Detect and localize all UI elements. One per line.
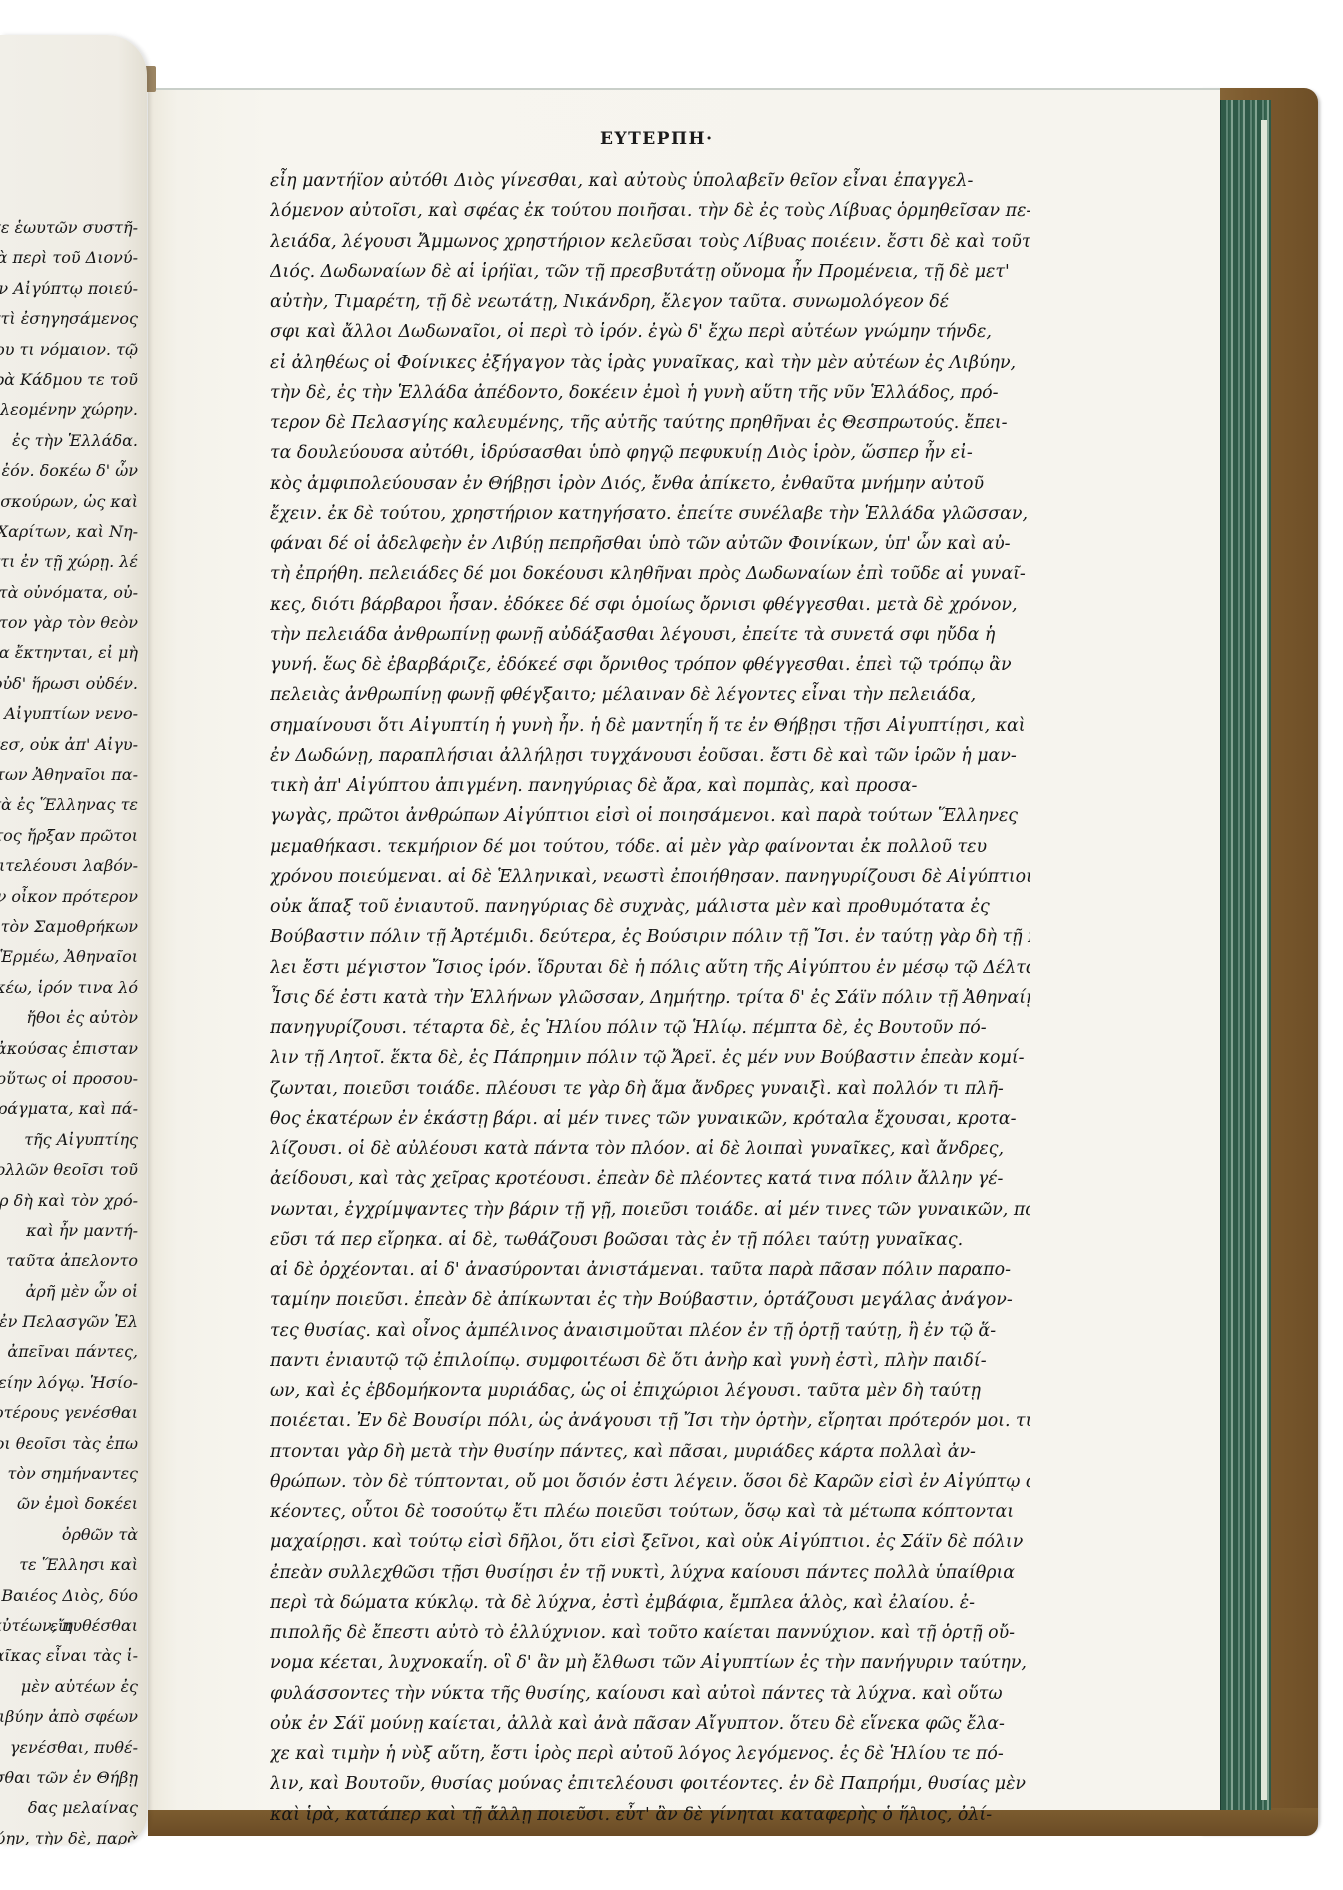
text-line: τικὴ ἀπ' Αἰγύπτου ἀπιγμένη. πανηγύριας δ…	[270, 771, 1030, 801]
text-line: ντος ἤρξαν πρῶτοι	[0, 821, 138, 851]
text-line-content: οὕτως οἱ προσου-	[0, 1069, 138, 1088]
text-line: οὕτως οἱ προσου-	[0, 1064, 138, 1094]
text-line: ὀρθῶν τὰ	[0, 1520, 138, 1550]
text-line-content: οὗτοι θεοῖσι τὰς ἐπω	[0, 1434, 138, 1453]
text-line-content: ῶν ἐμοὶ δοκέει	[17, 1494, 138, 1513]
text-line: Λιβύην ἀπὸ σφέων	[0, 1702, 138, 1732]
text-line: περὶ τὰ δώματα κύκλῳ. τὰ δὲ λύχνα, ἐστὶ …	[270, 1588, 1030, 1618]
text-line: πολλῶν θεοῖσι τοῦ	[0, 1155, 138, 1185]
text-line: ῶν ἐμοὶ δοκέει	[0, 1489, 138, 1519]
text-line: θρώπων. τὸν δὲ τύπτονται, οὔ μοι ὅσιόν ἐ…	[270, 1467, 1030, 1497]
text-line: ἤθοι ἐς αὐτὸν	[0, 1003, 138, 1033]
text-line: καλεομένην χώρην.	[0, 395, 138, 425]
text-line: ἐν Πελασγῶν Ἐλ	[0, 1307, 138, 1337]
text-line-content: πράγματα, καὶ πά-	[0, 1099, 138, 1118]
text-line: σημαίνουσι ὅτι Αἰγυπτίη ἡ γυνὴ ἦν. ἡ δὲ …	[270, 711, 1030, 741]
text-line-content: τὰ ἐς Ἕλληνας τε	[0, 795, 138, 814]
text-line-content: ἐσκέω, ἱρόν τινα λό	[0, 978, 138, 997]
text-line: τα δουλεύουσα αὐτόθι, ἱδρύσασθαι ὑπὸ φηγ…	[270, 438, 1030, 468]
text-line: πανηγυρίζουσι. τέταρτα δὲ, ἐς Ἡλίου πόλι…	[270, 1013, 1030, 1043]
text-line: τῆς Αἰγυπτίης	[0, 1125, 138, 1155]
text-line: θος ἑκατέρων ἐν ἑκάστῃ βάρι. αἱ μέν τινε…	[270, 1104, 1030, 1134]
text-line: λόμενον αὐτοῖσι, καὶ σφέας ἐκ τούτου ποι…	[270, 196, 1030, 226]
text-line: τὴν δὲ, ἐς τὴν Ἑλλάδα ἀπέδοντο, δοκέειν …	[270, 378, 1030, 408]
text-line: λείην λόγῳ. Ἡσίο-	[0, 1368, 138, 1398]
running-head: ΕΥΤΕΡΠΗ·	[600, 129, 714, 149]
text-line-content: δας μελαίνας	[28, 1798, 138, 1817]
text-line: κὸς ἀμφιπολεύουσαν ἐν Θήβῃσι ἱρὸν Διός, …	[270, 469, 1030, 499]
text-line-content: τὰ οὐνόματα, οὐ-	[0, 583, 138, 602]
text-line: ποιέεται. Ἐν δὲ Βουσίρι πόλι, ὡς ἀνάγουσ…	[270, 1406, 1030, 1436]
text-line-content: ἀρῆ μὲν ὦν οἱ	[26, 1282, 138, 1301]
text-line: σαι, καὶ τὰ περὶ τοῦ Διονύ-	[0, 243, 138, 273]
text-line-content: τῆς Αἰγυπτίης	[24, 1130, 138, 1149]
text-line: πικήν τε ἑωυτῶν συστῆ-	[0, 213, 138, 243]
text-line: σφι καὶ ἄλλοι Δωδωναῖοι, οἱ περὶ τὸ ἱρόν…	[270, 317, 1030, 347]
text-line: οὐκ ἐν Σάϊ μούνῃ καίεται, ἀλλὰ καὶ ἀνὰ π…	[270, 1709, 1030, 1739]
text-line-content: σου ἐν Αἰγύπτῳ ποιεύ-	[0, 279, 138, 298]
text-line-content: τοῦτον γὰρ τὸν θεὸν	[0, 613, 138, 632]
text-line: γυνή. ἕως δὲ ἐβαρβάριζε, ἐδόκεέ σφι ὄρνι…	[270, 650, 1030, 680]
text-line: κέοντες, οὗτοι δὲ τοσούτῳ ἔτι πλέω ποιεῦ…	[270, 1497, 1030, 1527]
text-line-content: ἤθοι ἐς αὐτὸν	[26, 1008, 138, 1027]
text-line: ἐσκέω, ἱρόν τινα λό	[0, 973, 138, 1003]
text-line-content: παρὰ Κάδμου τε τοῦ	[0, 370, 138, 389]
text-line: παντι ἐνιαυτῷ τῷ ἐπιλοίπῳ. συμφοιτέωσι δ…	[270, 1346, 1030, 1376]
text-line-content: Λιβύην ἀπὸ σφέων	[0, 1707, 138, 1726]
text-line: Βούβαστιν πόλιν τῇ Ἀρτέμιδι. δεύτερα, ἐς…	[270, 922, 1030, 952]
text-line-content: ἐόν. δοκέω δ' ὦν	[2, 461, 138, 480]
text-line: τες θυσίας. καὶ οἶνος ἀμπέλινος ἀναισιμο…	[270, 1316, 1030, 1346]
text-line: οὐκ ἅπαξ τοῦ ἐνιαυτοῦ. πανηγύριας δὲ συχ…	[270, 892, 1030, 922]
text-line: λιν, καὶ Βουτοῦν, θυσίας μούνας ἐπιτελέο…	[270, 1769, 1030, 1799]
text-line-content: ναῖκας εἶναι τὰς ἱ-	[0, 1646, 138, 1665]
text-line-content: Ἑρμέω, Ἀθηναῖοι	[0, 947, 138, 966]
text-line: ναῖκας εἶναι τὰς ἱ-	[0, 1641, 138, 1671]
text-line-content: λείην λόγῳ. Ἡσίο-	[0, 1373, 138, 1392]
text-line: Ἑρμέω, Ἀθηναῖοι	[0, 942, 138, 972]
text-line: μα ἔκτηνται, εἰ μὴ	[0, 638, 138, 668]
text-line-content: καλεομένην χώρην.	[0, 400, 138, 419]
text-line: σθαι τῶν ἐν Θήβῃ	[0, 1763, 138, 1793]
text-line: τὸν σημήναντες	[0, 1459, 138, 1489]
left-page-text: πικήν τε ἑωυτῶν συστῆ-σαι, καὶ τὰ περὶ τ…	[0, 213, 138, 1845]
text-line: λει ἔστι μέγιστον Ἴσιος ἱρόν. ἵδρυται δὲ…	[270, 953, 1030, 983]
text-line: ων, καὶ ἐς ἑβδομήκοντα μυριάδας, ὡς οἱ ἐ…	[270, 1376, 1030, 1406]
text-line: ταμίην ποιεῦσι. ἐπεὰν δὲ ἀπίκωνται ἐς τὴ…	[270, 1285, 1030, 1315]
text-line: πελειὰς ἀνθρωπίνῃ φωνῇ φθέγξαιτο; μέλαιν…	[270, 680, 1030, 710]
text-line: τὰ ἐς Ἕλληνας τε	[0, 790, 138, 820]
text-line-content: μα ἔκτηνται, εἰ μὴ	[0, 643, 138, 662]
text-line: σου ἐν Αἰγύπτῳ ποιεύ-	[0, 274, 138, 304]
text-line-content: Λιβύην, τὴν δὲ, παρὰ	[0, 1829, 138, 1845]
text-line: αὐτὴν, Τιμαρέτη, τῇ δὲ νεωτάτῃ, Νικάνδρη…	[270, 287, 1030, 317]
text-line: νομα κέεται, λυχνοκαΐη. οἳ δ' ἂν μὴ ἔλθω…	[270, 1648, 1030, 1678]
text-line: μὲν αὐτέων ἐς	[0, 1672, 138, 1702]
text-line-content: Χαρίτων, καὶ Νη-	[0, 522, 138, 541]
text-line: Χαρίτων, καὶ Νη-	[0, 517, 138, 547]
catchword: εἴη	[50, 1617, 73, 1635]
right-page-text: εἶη μαντήϊον αὐτόθι Διὸς γίνεσθαι, καὶ α…	[270, 166, 1030, 1830]
text-line: ἀπεῖναι πάντες,	[0, 1337, 138, 1367]
text-line: πεσ, οὐκ ἀπ' Αἰγυ-	[0, 730, 138, 760]
text-line: πτονται γὰρ δὴ μετὰ τὴν θυσίην πάντες, κ…	[270, 1437, 1030, 1467]
text-line: ταῦτα ἀπελοντο	[0, 1246, 138, 1276]
text-line-content: ἀκούσας ἐπισταν	[0, 1039, 138, 1058]
text-line: ζωνται, ποιεῦσι τοιάδε. πλέουσι τε γὰρ δ…	[270, 1074, 1030, 1104]
text-line: πιπολῆς δὲ ἔπεστι αὐτὸ τὸ ἐλλύχνιον. καὶ…	[270, 1618, 1030, 1648]
text-line: οὐδ' ἥρωσι οὐδέν.	[0, 669, 138, 699]
text-line-content: τὸν σημήναντες	[8, 1464, 138, 1483]
text-line-content: σαι, καὶ τὰ περὶ τοῦ Διονύ-	[0, 248, 138, 267]
text-line: φάναι δέ οἱ ἀδελφεὴν ἐν Λιβύῃ πεπρῆσθαι …	[270, 529, 1030, 559]
text-line-content: καὶ ἦν μαντή-	[26, 1221, 138, 1240]
text-line-content: πικήν τε ἑωυτῶν συστῆ-	[0, 218, 138, 237]
text-line: τερον δὲ Πελασγίης καλευμένης, τῆς αὐτῆς…	[270, 408, 1030, 438]
text-line-content: γενέσθαι, πυθέ-	[10, 1738, 138, 1757]
text-line-content: μὲν αὐτέων ἐς	[21, 1677, 138, 1696]
text-line: γενέσθαι, πυθέ-	[0, 1733, 138, 1763]
text-line-content: γὰρ δὴ καὶ τὸν χρό-	[0, 1191, 138, 1210]
text-line: εῦσι τά περ εἴρηκα. αἱ δὲ, τωθάζουσι βοῶ…	[270, 1225, 1030, 1255]
text-line: Λιβύην, τὴν δὲ, παρὰ	[0, 1824, 138, 1845]
text-line: νωνται, ἐγχρίμψαντες τὴν βάριν τῇ γῇ, πο…	[270, 1195, 1030, 1225]
text-line-content: τε Ἕλλησι καὶ	[19, 1555, 138, 1574]
text-line-content: προτέρους γενέσθαι	[0, 1403, 138, 1422]
text-line-content: πολλῶν θεοῖσι τοῦ	[0, 1160, 138, 1179]
text-line-content: δόκου τι νόμαιον. τῷ	[0, 340, 138, 359]
text-line: ἀρῆ μὲν ὦν οἱ	[0, 1277, 138, 1307]
left-page: πικήν τε ἑωυτῶν συστῆ-σαι, καὶ τὰ περὶ τ…	[0, 35, 147, 1845]
text-line: Διός. Δωδωναίων δὲ αἱ ἱρήϊαι, τῶν τῇ πρε…	[270, 257, 1030, 287]
text-line: τὴ ἐπρήθη. πελειάδες δέ μοι δοκέουσι κλη…	[270, 559, 1030, 589]
text-line: μενα νεωστὶ ἐσηγησάμενος	[0, 304, 138, 334]
text-line: γωγὰς, πρῶτοι ἀνθρώπων Αἰγύπτιοι εἰσὶ οἱ…	[270, 801, 1030, 831]
text-line: ἐόν. δοκέω δ' ὦν	[0, 456, 138, 486]
text-line-content: σθαι τῶν ἐν Θήβῃ	[0, 1768, 138, 1787]
text-line-content: ὀρθῶν τὰ	[62, 1525, 138, 1544]
text-line: πράγματα, καὶ πά-	[0, 1094, 138, 1124]
text-line: Διοσκούρων, ὡς καὶ	[0, 487, 138, 517]
text-line: καὶ ἦν μαντή-	[0, 1216, 138, 1246]
text-line: Ἶσις δέ ἐστι κατὰ τὴν Ἑλλήνων γλῶσσαν, Δ…	[270, 983, 1030, 1013]
text-line: τὰ οὐνόματα, οὐ-	[0, 578, 138, 608]
text-line-content: ντος ἤρξαν πρῶτοι	[0, 826, 138, 845]
green-page-edges	[1219, 100, 1271, 1810]
text-line: Βαιέος Διὸς, δύο	[0, 1581, 138, 1611]
text-line: ἔχειν. ἐκ δὲ τούτου, χρηστήριον κατηγήσα…	[270, 499, 1030, 529]
text-line: χε καὶ τιμὴν ἡ νὺξ αὕτη, ἔστι ἱρὸς περὶ …	[270, 1739, 1030, 1769]
text-line-content: τῶν Αἰγυπτίων νενο-	[0, 704, 138, 723]
text-line-content: πεσ, οὐκ ἀπ' Αἰγυ-	[0, 735, 138, 754]
text-line-content: τὸν Σαμοθρήκων	[1, 917, 138, 936]
text-line: ἐπεὰν συλλεχθῶσι τῇσι θυσίῃσι ἐν τῇ νυκτ…	[270, 1558, 1030, 1588]
text-line: τε Ἕλλησι καὶ	[0, 1550, 138, 1580]
text-line: τῶν Αἰγυπτίων νενο-	[0, 699, 138, 729]
text-line-content: μενα νεωστὶ ἐσηγησάμενος	[0, 309, 138, 328]
book-spread: πικήν τε ἑωυτῶν συστῆ-σαι, καὶ τὰ περὶ τ…	[0, 0, 1343, 1890]
text-line: οὗτοι θεοῖσι τὰς ἐπω	[0, 1429, 138, 1459]
text-line: χρόνου ποιεύμεναι. αἱ δὲ Ἑλληνικαὶ, νεωσ…	[270, 862, 1030, 892]
text-line: προτέρους γενέσθαι	[0, 1398, 138, 1428]
text-line-content: πιτελέουσι λαβόν-	[0, 856, 138, 875]
text-line-content: Βαιέος Διὸς, δύο	[1, 1586, 138, 1605]
text-line: μεμαθήκασι. τεκμήριον δέ μοι τούτου, τόδ…	[270, 832, 1030, 862]
text-line: ἀκούσας ἐπισταν	[0, 1034, 138, 1064]
text-line: ἐν Δωδώνῃ, παραπλήσιαι ἀλλήλῃσι τυγχάνου…	[270, 741, 1030, 771]
text-line: εἶη μαντήϊον αὐτόθι Διὸς γίνεσθαι, καὶ α…	[270, 166, 1030, 196]
text-line: φυλάσσοντες τὴν νύκτα τῆς θυσίης, καίουσ…	[270, 1679, 1030, 1709]
text-line: δας μελαίνας	[0, 1793, 138, 1823]
text-line: ἐστι ἐν τῇ χώρῃ. λέ	[0, 547, 138, 577]
text-line-content: οὐδ' ἥρωσι οὐδέν.	[0, 674, 138, 693]
text-line: τοῦτον γὰρ τὸν θεὸν	[0, 608, 138, 638]
text-line-content: ἀπεῖναι πάντες,	[7, 1342, 138, 1361]
text-line: λίζουσι. οἱ δὲ αὐλέουσι κατὰ πάντα τὸν π…	[270, 1134, 1030, 1164]
text-line: δόκου τι νόμαιον. τῷ	[0, 335, 138, 365]
text-line: ην οἶκον πρότερον	[0, 882, 138, 912]
text-line: αἱ δὲ ὀρχέονται. αἱ δ' ἀνασύρονται ἀνιστ…	[270, 1255, 1030, 1285]
text-line: καὶ ἱρὰ, κατάπερ καὶ τῇ ἄλλῃ ποιεῦσι. εὖ…	[270, 1800, 1030, 1830]
text-line: ἐς τὴν Ἑλλάδα.	[0, 426, 138, 456]
text-line-content: ἐς τὴν Ἑλλάδα.	[12, 431, 138, 450]
text-line: γὰρ δὴ καὶ τὸν χρό-	[0, 1186, 138, 1216]
text-line: παρὰ Κάδμου τε τοῦ	[0, 365, 138, 395]
text-line: μαχαίρῃσι. καὶ τούτῳ εἰσὶ δῆλοι, ὅτι εἰσ…	[270, 1527, 1030, 1557]
text-line-content: ην οἶκον πρότερον	[0, 887, 138, 906]
text-line: τὸν Σαμοθρήκων	[0, 912, 138, 942]
text-line: πιτελέουσι λαβόν-	[0, 851, 138, 881]
text-line: πτων Ἀθηναῖοι πα-	[0, 760, 138, 790]
text-line: λιν τῇ Λητοῖ. ἕκτα δὲ, ἐς Πάπρημιν πόλιν…	[270, 1043, 1030, 1073]
text-line: τὴν πελειάδα ἀνθρωπίνῃ φωνῇ αὐδάξασθαι λ…	[270, 620, 1030, 650]
text-line: κες, διότι βάρβαροι ἦσαν. ἐδόκεε δέ σφι …	[270, 590, 1030, 620]
text-line: ἀείδουσι, καὶ τὰς χεῖρας κροτέουσι. ἐπεὰ…	[270, 1164, 1030, 1194]
text-line-content: Διοσκούρων, ὡς καὶ	[0, 492, 138, 511]
text-line-content: πτων Ἀθηναῖοι πα-	[0, 765, 138, 784]
text-line-content: ταῦτα ἀπελοντο	[6, 1251, 138, 1270]
text-line-content: ἐστι ἐν τῇ χώρῃ. λέ	[0, 552, 138, 571]
text-line-content: ἐν Πελασγῶν Ἐλ	[0, 1312, 138, 1331]
text-line: εἰ ἀληθέως οἱ Φοίνικες ἐξήγαγον τὰς ἱρὰς…	[270, 348, 1030, 378]
text-line: λειάδα, λέγουσι Ἄμμωνος χρηστήριον κελεῦ…	[270, 227, 1030, 257]
